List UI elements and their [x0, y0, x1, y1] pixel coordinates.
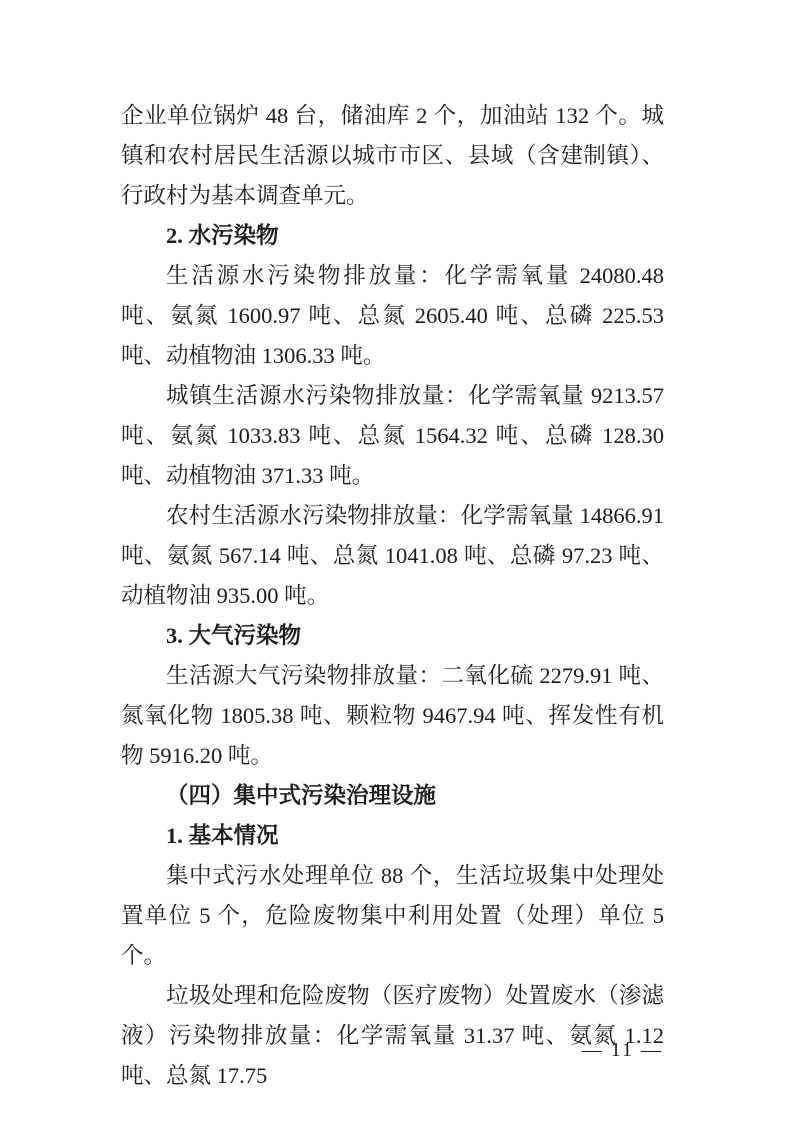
paragraph: 生活源大气污染物排放量：二氧化硫 2279.91 吨、氮氧化物 1805.38 …	[121, 656, 664, 776]
paragraph: 集中式污水处理单位 88 个，生活垃圾集中处理处置单位 5 个，危险废物集中利用…	[121, 856, 664, 976]
document-body: 企业单位锅炉 48 台，储油库 2 个，加油站 132 个。城镇和农村居民生活源…	[121, 96, 664, 1096]
paragraph: 城镇生活源水污染物排放量：化学需氧量 9213.57 吨、氨氮 1033.83 …	[121, 376, 664, 496]
section-heading: 2. 水污染物	[121, 216, 664, 256]
paragraph: 企业单位锅炉 48 台，储油库 2 个，加油站 132 个。城镇和农村居民生活源…	[121, 96, 664, 216]
section-heading: （四）集中式污染治理设施	[121, 776, 664, 816]
page-number: — 11 —	[582, 1038, 663, 1062]
paragraph: 生活源水污染物排放量：化学需氧量 24080.48 吨、氨氮 1600.97 吨…	[121, 256, 664, 376]
section-heading: 3. 大气污染物	[121, 616, 664, 656]
section-heading: 1. 基本情况	[121, 816, 664, 856]
paragraph: 垃圾处理和危险废物（医疗废物）处置废水（渗滤液）污染物排放量：化学需氧量 31.…	[121, 976, 664, 1096]
document-page: 企业单位锅炉 48 台，储油库 2 个，加油站 132 个。城镇和农村居民生活源…	[0, 0, 793, 1122]
paragraph: 农村生活源水污染物排放量：化学需氧量 14866.91 吨、氨氮 567.14 …	[121, 496, 664, 616]
